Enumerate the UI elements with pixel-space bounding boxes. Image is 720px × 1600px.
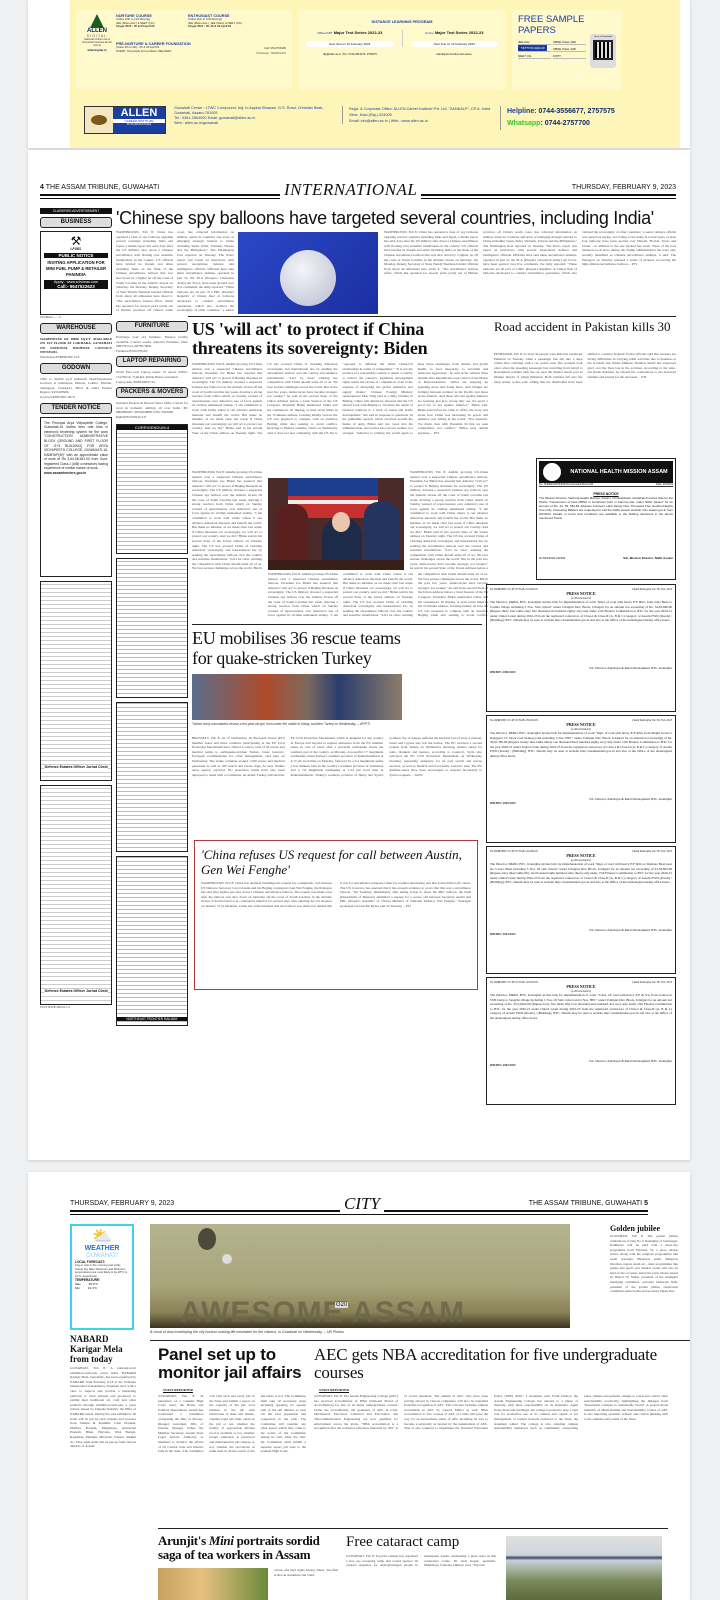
allendigital-link[interactable]: allendigital.in xyxy=(82,48,112,52)
headline: Free cataract camp xyxy=(346,1534,496,1550)
pre-nurture-course: PRE-NURTURE & CAREER FOUNDATION (Class 6… xyxy=(116,42,226,53)
story-arunjit-mini: Arunjit's Mini portraits sordid saga of … xyxy=(158,1534,338,1600)
allen-courses-panel: ALLEN DIGITAL National Online Live & Rec… xyxy=(76,10,292,90)
classified-business: BUSINESS xyxy=(40,217,112,228)
allen-career-logo: ALLEN CAREER INSTITUTE KOTA (RAJASTHAN) xyxy=(84,106,166,134)
guwahati-web-link[interactable]: Web.: allen.ac.in/guwahati xyxy=(174,121,334,126)
headline: NABARD Karigar Mela from today xyxy=(70,1334,136,1364)
qr-code-icon xyxy=(593,40,613,60)
page-4-international: 4 THE ASSAM TRIBUNE, GUWAHATI INTERNATIO… xyxy=(28,150,690,1160)
story-china-refuses-call: 'China refuses US request for call betwe… xyxy=(194,840,478,990)
story-golden-jubilee: Golden jubilee GUWAHATI, Feb 8: The gold… xyxy=(610,1224,678,1336)
ifuel-advert: ⚒ I-FUEL PUBLIC NOTICE INVITING APPLICAT… xyxy=(40,231,112,315)
headline: US 'will act' to protect if China threat… xyxy=(192,320,488,358)
classified-tender-notice: TENDER NOTICE xyxy=(40,403,112,414)
story-nabard-karigar-mela: NABARD Karigar Mela from today GUWAHATI,… xyxy=(70,1334,136,1600)
distance-learning-panel: DISTANCE LEARNING PROGRAM Offline/CBT Ma… xyxy=(298,10,506,90)
press-notice: No DPRD/BTC/15-PC/UTG/B-112/2022/9Dated … xyxy=(486,846,676,974)
defence-estates-notice: Defence Estates Officer Jorhat Circle xyxy=(40,581,112,781)
offline-test-series: Offline/CBT Major Test Series 2022-23 Ne… xyxy=(298,30,403,47)
classified-godown: GODOWN xyxy=(40,363,112,374)
story-free-cataract-camp: Free cataract camp GUWAHATI, Feb 8: Topc… xyxy=(346,1534,496,1600)
story-panel-jail-affairs: Panel set up to monitor jail affairs STA… xyxy=(158,1346,306,1526)
classified-warehouse: WAREHOUSE xyxy=(40,323,112,334)
nhm-logo-icon xyxy=(543,463,561,481)
story-aec-nba-accreditation: AEC gets NBA accreditation for five unde… xyxy=(314,1346,668,1526)
classified-furniture: FURNITURE xyxy=(116,321,188,332)
helpline-number[interactable]: 0744-3556677, 2757575 xyxy=(539,108,615,115)
weather-box: ⛅ WEATHER GUWAHATI LOCAL FORECAST: Fog o… xyxy=(70,1224,134,1330)
divider xyxy=(188,316,676,317)
sample-jee-main[interactable]: JEE Main xyxy=(518,47,551,52)
nfr-corrigendum: CORRIGENDUM-4 xyxy=(116,424,188,554)
story-biden-sovereignty: US 'will act' to protect if China threat… xyxy=(192,320,488,620)
nfr-tender-2 xyxy=(116,702,188,852)
allen-advert-page: ALLEN DIGITAL National Online Live & Rec… xyxy=(28,0,690,148)
section-title: CITY xyxy=(340,1194,384,1214)
cloud-sun-icon: ⛅ xyxy=(75,1229,129,1245)
divider xyxy=(150,1340,690,1341)
allen-advert: ALLEN DIGITAL National Online Live & Rec… xyxy=(70,0,680,148)
allen-logo-icon xyxy=(90,14,104,28)
dust-cloud-photo: AWESOME ASSAM G20 xyxy=(150,1224,570,1328)
story-eu-rescue-teams: EU mobilises 36 rescue teams for quake-s… xyxy=(192,628,482,838)
sample-jee-adv[interactable]: JEE Adv. xyxy=(518,40,551,45)
allen-contacts: Call: 9513736499 Whatsapp: 7849901001 xyxy=(230,46,286,56)
press-notice: No DPRD/BTC/15-PC/UTG/B-111/2022/9Dated … xyxy=(486,584,676,712)
story-pakistan-accident: Road accident in Pakistan kills 30 PESHA… xyxy=(494,320,676,450)
free-sample-papers-panel: FREE SAMPLE PAPERS SESSION 2022-23 JEE A… xyxy=(512,10,622,90)
headline: Panel set up to monitor jail affairs xyxy=(158,1346,306,1382)
headline: AEC gets NBA accreditation for five unde… xyxy=(314,1346,668,1382)
headline: 'Chinese spy balloons have targeted seve… xyxy=(116,208,676,228)
guwahati-center-address: Guwahati Center : LTWC Compound, Adj. to… xyxy=(174,106,334,126)
headline: 'China refuses US request for call betwe… xyxy=(201,847,471,877)
online-test-series: Online Major Test Series 2022-23 Next Te… xyxy=(403,30,507,47)
assamtenders-link[interactable]: www.assamtenders.gov.in xyxy=(44,471,108,476)
press-notices-column: No DPRD/BTC/15-PC/UTG/B-111/2022/9Dated … xyxy=(486,584,676,1104)
story-chinese-spy-balloons: 'Chinese spy balloons have targeted seve… xyxy=(116,208,676,314)
divider xyxy=(192,624,482,625)
nhm-assam-press-notice: NATIONAL HEALTH MISSION ASSAM No. NHM/EO… xyxy=(536,458,676,580)
allen-digital-logo: ALLEN DIGITAL National Online Live & Rec… xyxy=(82,14,112,52)
sample-neet-ug[interactable]: NEET UG xyxy=(518,54,551,59)
fuel-pump-icon: ⚒ xyxy=(44,235,108,247)
section-title: INTERNATIONAL xyxy=(280,180,421,200)
street-light-icon xyxy=(198,1228,216,1250)
corporate-office-address: Regd. & Corporate Office: ALLEN Career I… xyxy=(342,106,492,124)
helpline-block: Helpline: 0744-3556677, 2757575 Whatsapp… xyxy=(500,106,676,130)
headline: Road accident in Pakistan kills 30 xyxy=(494,320,676,334)
press-notice: No DPRD/BTC/15-PC/UTG/B-129/2022/9Dated … xyxy=(486,977,676,1105)
classified-laptop-repairing: LAPTOP REPAIRING xyxy=(116,356,188,367)
classified-packers-movers: PACKERS & MOVERS xyxy=(116,387,188,398)
classifieds-column: CLASSIFIED ADVERTISEMENT BUSINESS ⚒ I-FU… xyxy=(40,208,112,1108)
allen-emblem-icon xyxy=(85,107,113,133)
divider xyxy=(158,1528,668,1529)
cataract-camp-photo xyxy=(506,1536,662,1600)
corp-email-link[interactable]: Email: info@allen.ac.in | Web.: www.alle… xyxy=(349,118,492,124)
defence-estates-notice-2: Defence Estates Officer Jorhat Circle xyxy=(40,785,112,1005)
biden-photo xyxy=(268,478,404,570)
sample-paper-list: JEE Adv. CBSE Class 10th JEE Main CBSE C… xyxy=(518,40,586,59)
balloon-icon xyxy=(280,250,336,306)
headline: Golden jubilee xyxy=(610,1224,678,1233)
page-4-masthead: 4 THE ASSAM TRIBUNE, GUWAHATI INTERNATIO… xyxy=(40,180,676,202)
awesome-assam-sign: AWESOME ASSAM xyxy=(180,1296,465,1328)
balloon-photo xyxy=(238,232,378,314)
sample-cbse-10[interactable]: CBSE Class 10th xyxy=(553,40,586,45)
nfr-tender-3: NORTHEAST FRONTIER RAILWAY xyxy=(116,856,188,1026)
turkey-quake-photo xyxy=(192,674,402,720)
classifieds-column-2: FURNITURE Exchange your old furniture. F… xyxy=(116,318,188,1108)
press-notice: No DPRD/BTC/15-PC/UTG/B-130/2022/9Dated … xyxy=(486,715,676,843)
allen-footer-bar: ALLEN CAREER INSTITUTE KOTA (RAJASTHAN) … xyxy=(70,96,680,148)
film-still-photo xyxy=(158,1568,268,1600)
enthusiast-course: ENTHUSIAST COURSE (Class 11th to 12th Mo… xyxy=(188,14,284,29)
page-5-city: THURSDAY, FEBRUARY 9, 2023 CITY THE ASSA… xyxy=(28,1172,690,1600)
qr-code[interactable]: Scan to Download xyxy=(590,34,616,68)
whatsapp-number[interactable]: : 0744-2757700 xyxy=(540,120,589,127)
sample-kvpy[interactable]: KVPY xyxy=(553,54,586,59)
tender-notice-ad: The Principal Arya Vidyapeeth College, G… xyxy=(40,417,112,577)
nfr-tender-1 xyxy=(116,558,188,698)
nurture-course: NURTURE COURSE (Class 10th to 11th Movin… xyxy=(116,14,186,29)
headline: EU mobilises 36 rescue teams for quake-s… xyxy=(192,628,422,668)
sample-cbse-12[interactable]: CBSE Class 12th xyxy=(553,47,586,52)
page-5-masthead: THURSDAY, FEBRUARY 9, 2023 CITY THE ASSA… xyxy=(70,1196,648,1218)
